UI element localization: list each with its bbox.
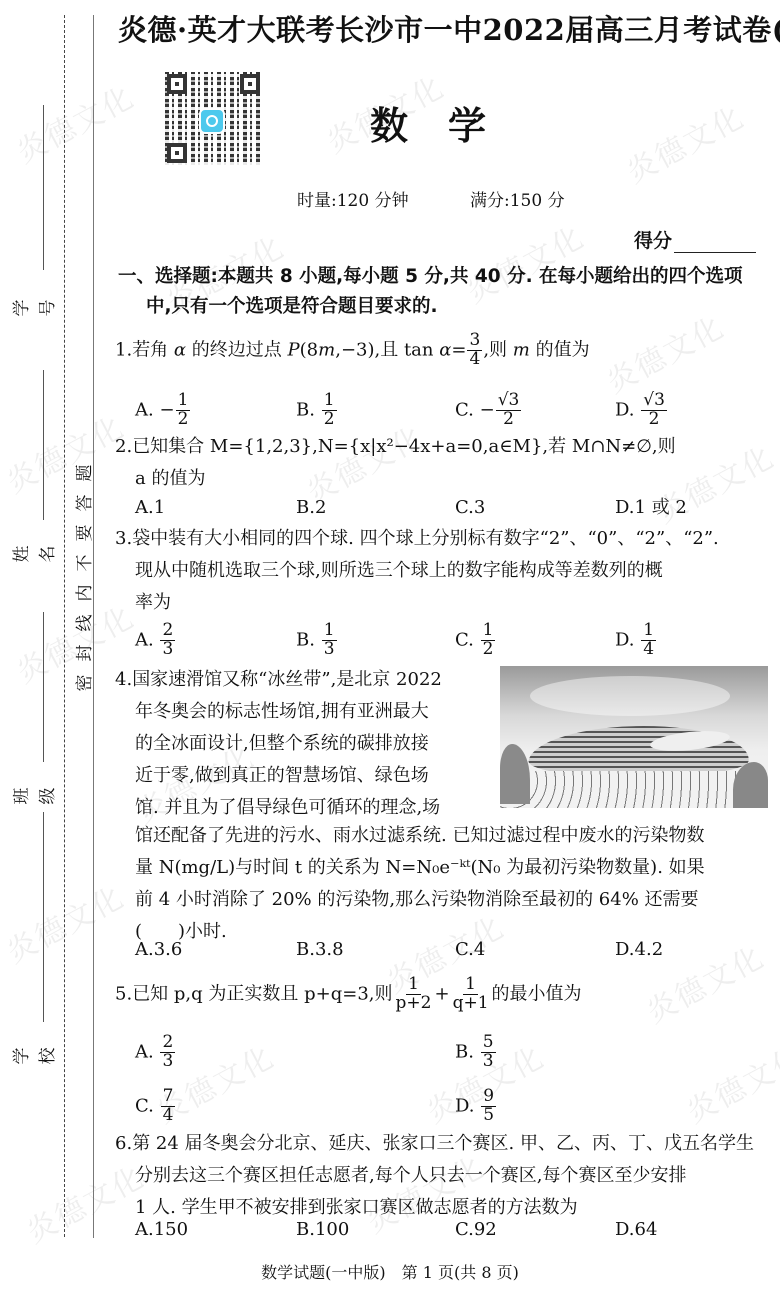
q4-option-b[interactable]: B.3.8: [296, 938, 344, 962]
q6-option-b[interactable]: B.100: [296, 1218, 349, 1242]
q5-option-b[interactable]: B. 53: [455, 1034, 497, 1071]
q1-option-a[interactable]: A. −12: [135, 392, 191, 429]
class-label: 班 级: [22, 770, 48, 822]
score-blank[interactable]: [674, 232, 756, 253]
student-id-label: 学 号: [22, 282, 48, 334]
watermark: 炎德文化: [0, 873, 131, 972]
q5-option-c[interactable]: C. 74: [135, 1088, 176, 1125]
q3-option-b[interactable]: B. 13: [296, 622, 338, 659]
seal-line-notice: 题 答 要 不 内 线 封 密: [73, 458, 97, 698]
score-label: 得分: [634, 230, 672, 252]
q3-option-c[interactable]: C. 12: [455, 622, 496, 659]
score-field: 得分: [634, 226, 756, 253]
speed-skating-oval-photo: [500, 666, 768, 808]
subject-title: 数学: [370, 95, 526, 150]
q6-option-a[interactable]: A.150: [135, 1218, 188, 1242]
app-logo-icon: [199, 108, 225, 134]
q5-option-a[interactable]: A. 23: [135, 1034, 176, 1071]
full-score: 满分:150 分: [470, 186, 565, 211]
time-limit: 时量:120 分钟: [297, 186, 409, 211]
school-label: 学 校: [22, 1030, 48, 1082]
q6-option-c[interactable]: C.92: [455, 1218, 497, 1242]
exam-title: 炎德·英才大联考长沙市一中2022届高三月考试卷(八): [118, 8, 778, 49]
name-label: 姓 名: [22, 528, 48, 580]
question-5: 5.已知 p,q 为正实数且 p+q=3,则1p+2+1q+1的最小值为: [115, 976, 775, 1013]
page-footer: 数学试题(一中版) 第 1 页(共 8 页): [0, 1260, 780, 1283]
watermark: 炎德文化: [677, 1033, 780, 1132]
q5-option-d[interactable]: D. 95: [455, 1088, 497, 1125]
q2-option-d[interactable]: D.1 或 2: [615, 496, 687, 520]
question-6: 6.第 24 届冬奥会分北京、延庆、张家口三个赛区. 甲、乙、丙、丁、戊五名学生…: [115, 1128, 775, 1224]
question-1: 1.若角 α 的终边过点 P(8m,−3),且 tan α=34,则 m 的值为: [115, 332, 775, 369]
watermark: 炎德文化: [7, 73, 141, 172]
q3-option-a[interactable]: A. 23: [135, 622, 176, 659]
q1-option-d[interactable]: D. √32: [615, 392, 668, 429]
school-blank[interactable]: [43, 812, 44, 1022]
q2-option-c[interactable]: C.3: [455, 496, 485, 520]
q3-option-d[interactable]: D. 14: [615, 622, 657, 659]
section-heading: 一、选择题:本题共 8 小题,每小题 5 分,共 40 分. 在每小题给出的四个…: [118, 262, 773, 322]
student-id-blank[interactable]: [43, 105, 44, 270]
question-2: 2.已知集合 M={1,2,3},N={x|x²−4x+a=0,a∈M},若 M…: [115, 431, 775, 495]
fold-dotted-line: [64, 15, 65, 1237]
q6-option-d[interactable]: D.64: [615, 1218, 657, 1242]
watermark: 炎德文化: [617, 93, 751, 192]
question-4-full: 馆还配备了先进的污水、雨水过滤系统. 已知过滤过程中废水的污染物数 量 N(mg…: [115, 820, 775, 948]
watermark: 炎德文化: [0, 403, 131, 502]
q1-option-b[interactable]: B. 12: [296, 392, 338, 429]
qr-code-icon[interactable]: [165, 72, 262, 165]
q4-option-c[interactable]: C.4: [455, 938, 485, 962]
q4-option-d[interactable]: D.4.2: [615, 938, 663, 962]
question-4-wrapped: 4.国家速滑馆又称“冰丝带”,是北京 2022 年冬奥会的标志性场馆,拥有亚洲最…: [115, 664, 495, 824]
q2-option-b[interactable]: B.2: [296, 496, 326, 520]
question-3: 3.袋中装有大小相同的四个球. 四个球上分别标有数字“2”、“0”、“2”、“2…: [115, 523, 775, 619]
q1-option-c[interactable]: C. −√32: [455, 392, 522, 429]
name-blank[interactable]: [43, 370, 44, 520]
q2-option-a[interactable]: A.1: [135, 496, 165, 520]
q4-option-a[interactable]: A.3.6: [135, 938, 182, 962]
class-blank[interactable]: [43, 612, 44, 762]
